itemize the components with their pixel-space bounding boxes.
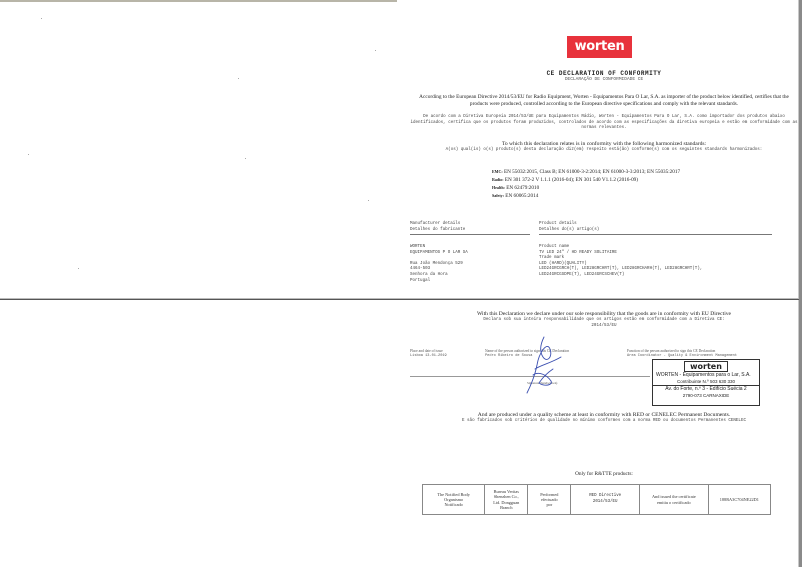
rtte-label: Only for R&TTE products:	[410, 471, 798, 477]
declaration-text-en: With this Declaration we declare under o…	[410, 311, 798, 317]
product-divider	[539, 234, 772, 235]
standard-emc: EMC: EN 55032:2015, Class B; EN 61000-3-…	[492, 168, 680, 176]
standard-safety: Safety: EN 60065:2014	[492, 192, 680, 200]
standards-intro-en: To which this declaration relates is in …	[410, 141, 798, 147]
notified-body-cell: The Notified Body Organismo Notificado	[423, 485, 485, 515]
manufacturer-heading: Manufacturer details Detalhes do fabrica…	[410, 222, 465, 233]
standards-list: EMC: EN 55032:2015, Class B; EN 61000-3-…	[492, 168, 680, 200]
signer-function-block: Function of the person authorized to sig…	[627, 349, 737, 359]
standard-health: Health: EN 62479:2010	[492, 184, 680, 192]
declaration-page: worten CE DECLARATION OF CONFORMITY DECL…	[410, 0, 798, 567]
directive-cell: RED Directive 2014/53/EU	[571, 485, 640, 515]
performed-by-cell: Performed efectuado por	[528, 485, 571, 515]
company-stamp: worten WORTEN - Equipamentos para o Lar,…	[652, 359, 760, 406]
scan-speck	[368, 200, 369, 201]
intro-text-en: According to the European Directive 2014…	[410, 94, 798, 108]
standard-radio: Radio: EN 301 372-2 V 1.1.1 (2016-04); E…	[492, 176, 680, 184]
scan-speck	[245, 158, 246, 159]
quality-text-pt: E são fabricados sob critérios de qualid…	[410, 419, 798, 425]
scan-right-edge-shadow	[798, 0, 799, 567]
scan-speck	[41, 18, 42, 19]
declaration-text-pt: Declara sob sua inteira responsabilidade…	[410, 318, 798, 329]
certificate-issued-cell: And issued the certificate emitiu o cert…	[640, 485, 709, 515]
product-details: Product name TV LED 24" / HD READY SOLIT…	[539, 245, 702, 279]
quality-text-en: And are produced under a quality scheme …	[410, 412, 798, 418]
intro-text-pt: De acordo com a Diretiva Europeia 2014/5…	[410, 115, 798, 132]
document-title: CE DECLARATION OF CONFORMITY	[410, 70, 798, 77]
notified-body-name-cell: Bureau Veritas Shenzhen Co., Ltd. Donggu…	[485, 485, 528, 515]
certificate-number-cell: 188RA3C704NE22D1	[708, 485, 770, 515]
handwritten-signature	[517, 335, 577, 395]
scan-speck	[375, 50, 376, 51]
scan-speck	[238, 78, 239, 79]
table-row: The Notified Body Organismo Notificado B…	[423, 485, 771, 515]
scan-speck	[78, 268, 79, 269]
manufacturer-details: WORTEN EQUIPAMENTOS P O LAR SA Rua João …	[410, 245, 468, 284]
product-heading: Product details Detalhes do(s) artigo(s)	[539, 222, 599, 233]
standards-intro-pt: A(os) qual(is) o(s) produto(s) desta dec…	[410, 148, 798, 152]
scan-top-edge	[0, 0, 397, 2]
scan-speck	[28, 154, 29, 155]
stamp-logo: worten	[684, 361, 728, 372]
notified-body-table: The Notified Body Organismo Notificado B…	[422, 484, 771, 515]
document-subtitle: DECLARAÇÃO DE CONFORMIDADE CE	[410, 77, 798, 82]
place-date-block: Place and date of issue Lisboa 13-01-201…	[410, 349, 447, 359]
manufacturer-divider	[410, 234, 530, 235]
worten-logo: worten	[567, 36, 632, 58]
